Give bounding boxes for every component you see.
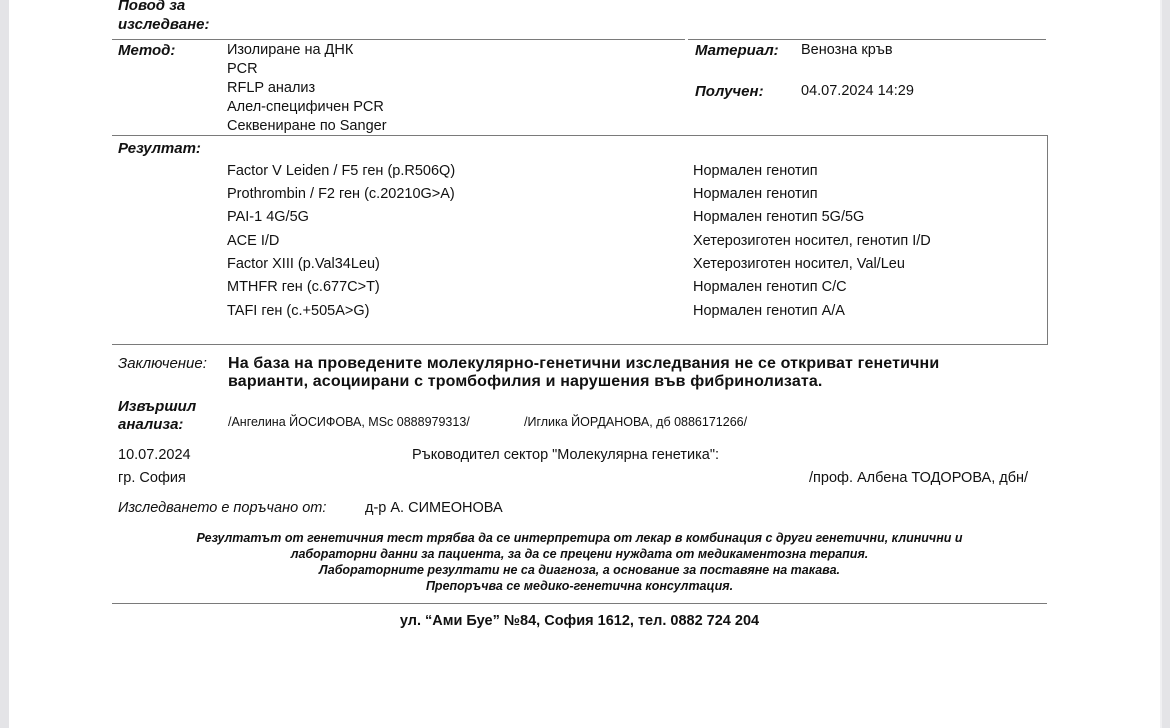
material-label: Материал: (695, 42, 779, 59)
disclaimer-line: лабораторни данни за пациента, за да се … (112, 546, 1047, 562)
result-outcome: Нормален генотип C/C (693, 279, 847, 295)
divider-result-top (112, 135, 1048, 136)
result-outcome: Нормален генотип 5G/5G (693, 209, 864, 225)
material-value: Венозна кръв (801, 42, 893, 58)
conclusion-line2: варианти, асоциирани с тромбофилия и нар… (228, 373, 939, 391)
divider-result-bottom (112, 344, 1048, 345)
divider-method-top-right (688, 39, 1046, 40)
method-line: Секвениране по Sanger (227, 118, 387, 134)
head-title: Ръководител сектор "Молекулярна генетика… (412, 447, 719, 463)
conclusion-label: Заключение: (118, 355, 207, 372)
footer-address: ул. “Ами Буе” №84, София 1612, тел. 0882… (112, 613, 1047, 629)
analyst-2: /Иглика ЙОРДАНОВА, дб 0886171266/ (524, 415, 747, 429)
page-edge-right (1160, 0, 1170, 728)
performed-by-label-line1: Извършил (118, 398, 196, 415)
head-name: /проф. Албена ТОДОРОВА, дбн/ (809, 470, 1028, 486)
disclaimer-line: Лабораторните резултати не са диагноза, … (112, 562, 1047, 578)
conclusion-text: На база на проведените молекулярно-генет… (228, 355, 939, 391)
divider-method-top-left (112, 39, 685, 40)
result-box-right-border (1047, 135, 1048, 345)
conclusion-line1: На база на проведените молекулярно-генет… (228, 355, 939, 373)
method-label: Метод: (118, 42, 175, 59)
received-value: 04.07.2024 14:29 (801, 83, 914, 99)
result-test: ACE I/D (227, 233, 279, 249)
result-test: TAFI ген (c.+505A>G) (227, 303, 369, 319)
analyst-1: /Ангелина ЙОСИФОВА, MSc 0888979313/ (228, 415, 470, 429)
method-line: PCR (227, 61, 258, 77)
result-test: PAI-1 4G/5G (227, 209, 309, 225)
result-test: Prothrombin / F2 ген (c.20210G>A) (227, 186, 455, 202)
report-date: 10.07.2024 (118, 447, 191, 463)
disclaimer-line: Препоръчва се медико-генетична консултац… (112, 578, 1047, 594)
report-city: гр. София (118, 470, 186, 486)
ordered-by-value: д-р А. СИМЕОНОВА (365, 500, 503, 516)
method-line: RFLP анализ (227, 80, 315, 96)
result-outcome: Хетерозиготен носител, генотип I/D (693, 233, 931, 249)
result-outcome: Нормален генотип (693, 163, 818, 179)
performed-by-label-line2: анализа: (118, 416, 183, 433)
result-outcome: Хетерозиготен носител, Val/Leu (693, 256, 905, 272)
result-label: Резултат: (118, 140, 201, 157)
disclaimer: Резултатът от генетичния тест трябва да … (112, 530, 1047, 594)
page-edge-left (0, 0, 9, 728)
result-outcome: Нормален генотип A/A (693, 303, 845, 319)
divider-footer (112, 603, 1047, 604)
method-line: Алел-специфичен PCR (227, 99, 384, 115)
method-line: Изолиране на ДНК (227, 42, 353, 58)
reason-label-line1: Повод за (118, 0, 185, 14)
result-test: Factor XIII (p.Val34Leu) (227, 256, 380, 272)
result-test: MTHFR ген (c.677C>T) (227, 279, 380, 295)
ordered-by-label: Изследването е поръчано от: (118, 500, 326, 516)
result-test: Factor V Leiden / F5 ген (p.R506Q) (227, 163, 455, 179)
disclaimer-line: Резултатът от генетичния тест трябва да … (112, 530, 1047, 546)
reason-label-line2: изследване: (118, 16, 210, 33)
result-outcome: Нормален генотип (693, 186, 818, 202)
received-label: Получен: (695, 83, 764, 100)
